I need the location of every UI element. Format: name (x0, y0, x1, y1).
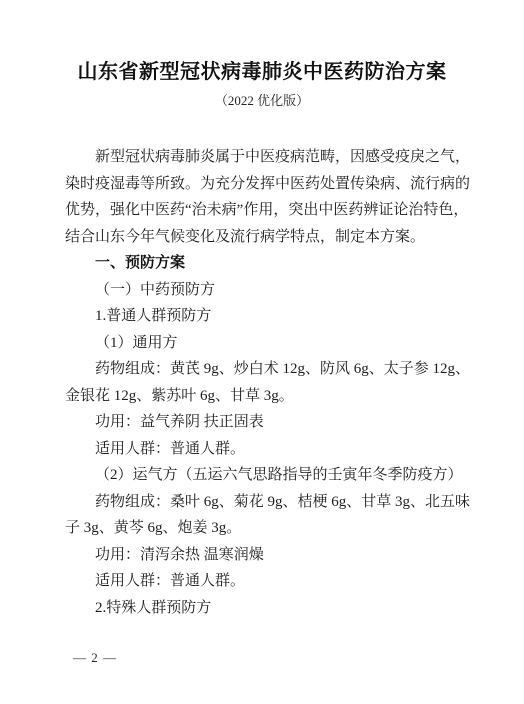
universal-formula-ingredients-line-2: 金银花 12g、紫苏叶 6g、甘草 3g。 (65, 383, 471, 410)
subheading-yunqi-formula: （2）运气方（五运六气思路指导的壬寅年冬季防疫方） (65, 462, 471, 489)
yunqi-formula-ingredients-line-1: 药物组成：桑叶 6g、菊花 9g、桔梗 6g、甘草 3g、北五味 (65, 489, 471, 516)
intro-paragraph-line-4: 结合山东今年气候变化及流行病学特点，制定本方案。 (65, 224, 471, 251)
heading-prevention-plan: 一、预防方案 (65, 250, 471, 277)
subheading-general-population-formula: 1.普通人群预防方 (65, 303, 471, 330)
intro-paragraph-line-1: 新型冠状病毒肺炎属于中医疫病范畴，因感受疫戾之气， (65, 144, 471, 171)
yunqi-formula-ingredients-line-2: 子 3g、黄芩 6g、炮姜 3g。 (65, 515, 471, 542)
subheading-universal-formula: （1）通用方 (65, 330, 471, 357)
intro-paragraph-line-2: 染时疫湿毒等所致。为充分发挥中医药处置传染病、流行病的 (65, 171, 471, 198)
footer-page-number: — 2 — (73, 650, 117, 666)
universal-formula-applicable-group: 适用人群：普通人群。 (65, 436, 471, 463)
document-subtitle: （2022 优化版） (0, 90, 524, 109)
document-body: 新型冠状病毒肺炎属于中医疫病范畴，因感受疫戾之气， 染时疫湿毒等所致。为充分发挥… (65, 144, 471, 621)
yunqi-formula-function: 功用：清泻余热 温寒润燥 (65, 542, 471, 569)
document-title: 山东省新型冠状病毒肺炎中医药防治方案 (0, 55, 524, 84)
subheading-tcm-prevention-formula: （一）中药预防方 (65, 277, 471, 304)
yunqi-formula-applicable-group: 适用人群：普通人群。 (65, 568, 471, 595)
universal-formula-ingredients-line-1: 药物组成：黄芪 9g、炒白术 12g、防风 6g、太子参 12g、 (65, 356, 471, 383)
subheading-special-population-formula: 2.特殊人群预防方 (65, 595, 471, 622)
document-page: 山东省新型冠状病毒肺炎中医药防治方案 （2022 优化版） 新型冠状病毒肺炎属于… (0, 0, 524, 704)
universal-formula-function: 功用：益气养阴 扶正固表 (65, 409, 471, 436)
intro-paragraph-line-3: 优势，强化中医药“治未病”作用，突出中医药辨证论治特色， (65, 197, 471, 224)
